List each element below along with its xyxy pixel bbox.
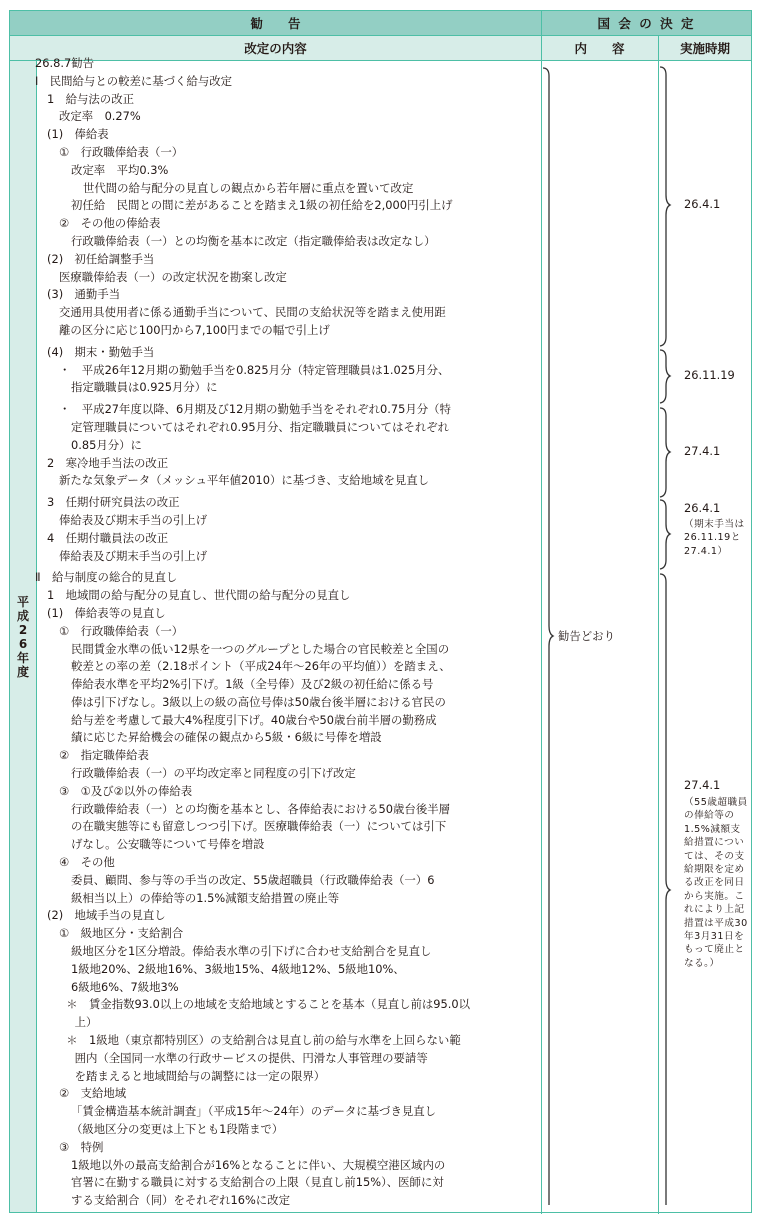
content-line: 2 寒冷地手当法の改正 bbox=[35, 455, 535, 473]
content-line: 行政職俸給表（一）との均衡を基本に改定（指定職俸給表は改定なし） bbox=[35, 233, 535, 251]
effective-date-2: 26.11.19 bbox=[684, 368, 735, 382]
content-line: (2) 初任給調整手当 bbox=[35, 251, 535, 269]
content-line: 1級地20%、2級地16%、3級地15%、4級地12%、5級地10%、 bbox=[35, 961, 535, 979]
content-line: げなし。公安職等について号俸を増設 bbox=[35, 836, 535, 854]
content-line: ＊ 1級地（東京都特別区）の支給割合は見直し前の給与水準を上回らない範 bbox=[35, 1032, 535, 1050]
content-line: の在職実態等にも留意しつつ引下げ。医療職俸給表（一）については引下 bbox=[35, 818, 535, 836]
content-line: 委員、顧問、参与等の手当の改定、55歳超職員（行政職俸給表（一）6 bbox=[35, 872, 535, 890]
content-line: 俸給表及び期末手当の引上げ bbox=[35, 512, 535, 530]
fiscal-year-label: 平成26年度 bbox=[16, 595, 30, 679]
effective-date-5: 27.4.1 bbox=[684, 778, 720, 792]
content-line: 3 任期付研究員法の改正 bbox=[35, 494, 535, 512]
content-line: 定管理職員についてはそれぞれ0.95月分、指定職職員についてはそれぞれ bbox=[35, 419, 535, 437]
diet-content-label: 勧告どおり bbox=[558, 628, 615, 644]
content-line: 26.8.7勧告 bbox=[35, 55, 535, 73]
header-diet-decision: 国 会 の 決 定 bbox=[541, 11, 752, 35]
header-effective-date: 実施時期 bbox=[658, 36, 752, 60]
content-line: 初任給 民間との間に差があることを踏まえ1級の初任給を2,000円引上げ bbox=[35, 197, 535, 215]
content-line: (1) 俸給表 bbox=[35, 126, 535, 144]
content-line: 俸は引下げなし。3級以上の級の高位号俸は50歳台後半層における官民の bbox=[35, 694, 535, 712]
content-line: ・ 平成26年12月期の勤勉手当を0.825月分（特定管理職員は1.025月分、 bbox=[35, 362, 535, 380]
content-line: ② 指定職俸給表 bbox=[35, 747, 535, 765]
content-line: 俸給表及び期末手当の引上げ bbox=[35, 548, 535, 566]
content-line: ① 行政職俸給表（一） bbox=[35, 144, 535, 162]
content-line: (3) 通勤手当 bbox=[35, 286, 535, 304]
content-line: 級地区分を1区分増設。俸給表水準の引下げに合わせ支給割合を見直し bbox=[35, 943, 535, 961]
content-line: 「賃金構造基本統計調査」（平成15年～24年）のデータに基づき見直し bbox=[35, 1103, 535, 1121]
content-line: 交通用具使用者に係る通勤手当について、民間の支給状況等を踏まえ使用距 bbox=[35, 304, 535, 322]
brace-icon bbox=[658, 60, 678, 1213]
content-line: ③ ①及び②以外の俸給表 bbox=[35, 783, 535, 801]
header-content: 内 容 bbox=[541, 36, 658, 60]
content-line: 世代間の給与配分の見直しの観点から若年層に重点を置いて改定 bbox=[35, 180, 535, 198]
content-line: 4 任期付職員法の改正 bbox=[35, 530, 535, 548]
content-line: (4) 期末・勤勉手当 bbox=[35, 344, 535, 362]
content-line: Ⅰ 民間給与との較差に基づく給与改定 bbox=[35, 73, 535, 91]
fiscal-year-cell: 平成26年度 bbox=[10, 61, 37, 1212]
content-line: する支給割合（同）をそれぞれ16%に改定 bbox=[35, 1192, 535, 1210]
content-line: 給与差を考慮して最大4%程度引下げ。40歳台や50歳台前半層の勤務成 bbox=[35, 712, 535, 730]
header-recommendation: 勧 告 bbox=[10, 11, 541, 35]
content-line: 1級地以外の最高支給割合が16%となることに伴い、大規模空港区域内の bbox=[35, 1157, 535, 1175]
content-line: 囲内（全国同一水準の行政サービスの提供、円滑な人事管理の要請等 bbox=[35, 1050, 535, 1068]
content-line: 行政職俸給表（一）との均衡を基本とし、各俸給表における50歳台後半層 bbox=[35, 801, 535, 819]
content-line: ＊ 賃金指数93.0以上の地域を支給地域とすることを基本（見直し前は95.0以 bbox=[35, 996, 535, 1014]
content-line: （級地区分の変更は上下とも1段階まで） bbox=[35, 1121, 535, 1139]
content-line: 改定率 0.27% bbox=[35, 108, 535, 126]
content-line: ④ その他 bbox=[35, 854, 535, 872]
content-line: 俸給表水準を平均2%引下げ。1級（全号俸）及び2級の初任給に係る号 bbox=[35, 676, 535, 694]
revision-content-body: 26.8.7勧告Ⅰ 民間給与との較差に基づく給与改定1 給与法の改正改定率 0.… bbox=[35, 55, 535, 1210]
content-line: 指定職職員は0.925月分）に bbox=[35, 379, 535, 397]
content-line: (1) 俸給表等の見直し bbox=[35, 605, 535, 623]
effective-date-4-note: （期末手当は26.11.19と27.4.1） bbox=[684, 518, 748, 558]
content-line: 級相当以上）の俸給等の1.5%減額支給措置の廃止等 bbox=[35, 890, 535, 908]
content-line: (2) 地域手当の見直し bbox=[35, 907, 535, 925]
content-line: ① 級地区分・支給割合 bbox=[35, 925, 535, 943]
content-line: Ⅱ 給与制度の総合的見直し bbox=[35, 569, 535, 587]
effective-date-3: 27.4.1 bbox=[684, 444, 720, 458]
content-line: ② その他の俸給表 bbox=[35, 215, 535, 233]
effective-date-cell: 26.4.1 26.11.19 27.4.1 26.4.1 （期末手当は26.1… bbox=[658, 60, 752, 1213]
content-line: 民間賃金水準の低い12県を一つのグループとした場合の官民較差と全国の bbox=[35, 641, 535, 659]
effective-date-4: 26.4.1 bbox=[684, 501, 720, 515]
header-row-1: 勧 告 国 会 の 決 定 bbox=[10, 11, 751, 36]
content-line: ① 行政職俸給表（一） bbox=[35, 623, 535, 641]
content-line: 6級地6%、7級地3% bbox=[35, 979, 535, 997]
content-line: 改定率 平均0.3% bbox=[35, 162, 535, 180]
effective-date-5-note: （55歳超職員の俸給等の1.5%減額支給措置については、その支給期限を定める改正… bbox=[684, 796, 748, 970]
content-line: 較差との率の差（2.18ポイント（平成24年～26年の平均値））を踏まえ、 bbox=[35, 658, 535, 676]
content-line: 1 給与法の改正 bbox=[35, 91, 535, 109]
content-line: 1 地域間の給与配分の見直し、世代間の給与配分の見直し bbox=[35, 587, 535, 605]
content-line: ・ 平成27年度以降、6月期及び12月期の勤勉手当をそれぞれ0.75月分（特 bbox=[35, 401, 535, 419]
content-line: 績に応じた昇給機会の確保の観点から5級・6級に号俸を増設 bbox=[35, 729, 535, 747]
content-line: を踏まえると地域間給与の調整には一定の限界） bbox=[35, 1068, 535, 1086]
content-line: 医療職俸給表（一）の改定状況を勘案し改定 bbox=[35, 269, 535, 287]
content-line: 官署に在勤する職員に対する支給割合の上限（見直し前15%）、医師に対 bbox=[35, 1174, 535, 1192]
content-line: ② 支給地域 bbox=[35, 1085, 535, 1103]
content-line: 新たな気象データ（メッシュ平年値2010）に基づき、支給地域を見直し bbox=[35, 472, 535, 490]
content-line: 0.85月分）に bbox=[35, 437, 535, 455]
content-line: ③ 特例 bbox=[35, 1139, 535, 1157]
content-line: 行政職俸給表（一）の平均改定率と同程度の引下げ改定 bbox=[35, 765, 535, 783]
content-line: 上） bbox=[35, 1014, 535, 1032]
effective-date-1: 26.4.1 bbox=[684, 197, 720, 211]
diet-content-cell: 勧告どおり bbox=[541, 60, 658, 1213]
content-line: 離の区分に応じ100円から7,100円までの幅で引上げ bbox=[35, 322, 535, 340]
